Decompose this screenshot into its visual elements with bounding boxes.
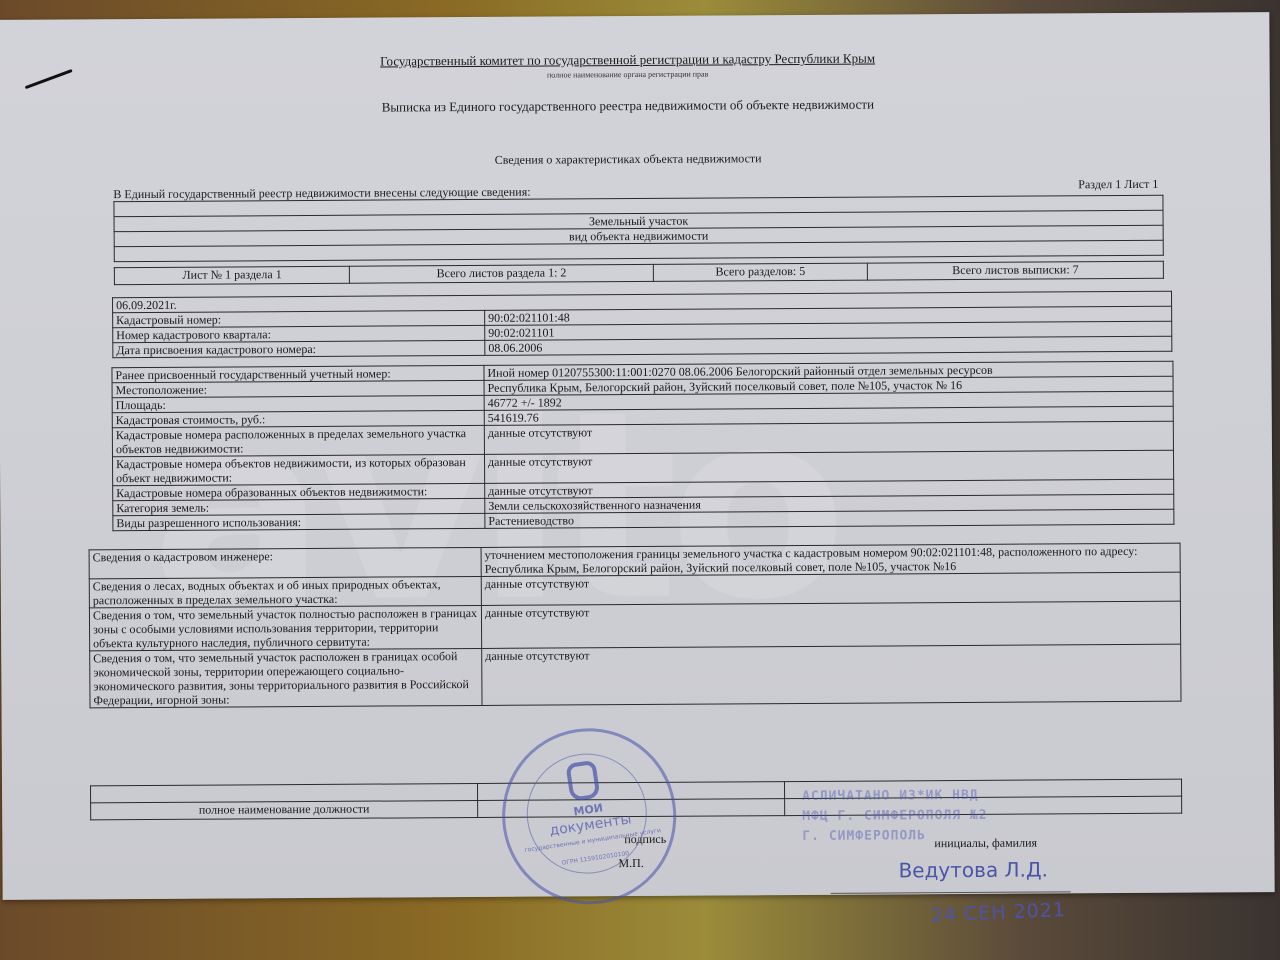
main-block-2: Ранее присвоенный государственный учетны… — [111, 361, 1174, 531]
mfc-logo-icon — [565, 760, 600, 802]
sheet-number: Лист № 1 раздела 1 — [114, 266, 350, 284]
main-block-3: Сведения о кадастровом инженере:уточнени… — [89, 543, 1182, 709]
section-title: Сведения о характеристиках объекта недви… — [298, 150, 958, 169]
date-stamp: 24 СЕН 2021 — [930, 899, 1066, 927]
field-label: Сведения о том, что земельный участок по… — [89, 605, 481, 650]
field-value: данные отсутствуют — [484, 450, 1173, 483]
table-row: Сведения о том, что земельный участок ра… — [90, 644, 1181, 708]
field-label: Сведения о лесах, водных объектах и об и… — [89, 576, 481, 607]
object-type-table: Земельный участок вид объекта недвижимос… — [113, 195, 1163, 262]
official-seal: МОИ документы государственные и муниципа… — [490, 717, 688, 916]
field-label: Сведения о кадастровом инженере: — [89, 547, 481, 578]
field-label: Виды разрешенного использования: — [113, 513, 485, 530]
extract-title: Выписка из Единого государственного реес… — [298, 96, 958, 116]
section-reference: Раздел 1 Лист 1 — [1078, 177, 1158, 192]
table-row: Сведения о том, что земельный участок по… — [89, 601, 1180, 651]
total-extract-sheets: Всего листов выписки: 7 — [868, 261, 1164, 280]
field-value: уточнением местоположения границы земель… — [481, 543, 1180, 576]
field-value: 08.06.2006 — [485, 336, 1172, 355]
document-page: avito Государственный комитет по государ… — [0, 12, 1275, 900]
signature-line — [831, 891, 1071, 893]
field-label: Дата присвоения кадастрового номера: — [113, 340, 485, 357]
field-label: Кадастровые номера объектов недвижимости… — [112, 454, 484, 485]
field-value: данные отсутствуют — [484, 421, 1173, 454]
organization-name: Государственный комитет по государственн… — [298, 50, 958, 70]
main-block-1: 06.09.2021г. Кадастровый номер:90:02:021… — [112, 291, 1172, 358]
position-caption: полное наименование должности — [91, 800, 478, 819]
signature-caption: подпись — [624, 832, 666, 847]
signer-name: Ведутова Л.Д. — [898, 857, 1048, 882]
field-label: Сведения о том, что земельный участок ра… — [90, 648, 482, 707]
field-value: данные отсутствуют — [481, 601, 1180, 648]
field-value: данные отсутствуют — [482, 644, 1181, 705]
seal-caption: М.П. — [618, 856, 643, 871]
initials-caption: инициалы, фамилия — [934, 836, 1037, 852]
pen-mark — [25, 69, 73, 89]
total-sections: Всего разделов: 5 — [653, 263, 867, 281]
organization-caption: полное наименование органа регистрации п… — [298, 68, 958, 81]
sheet-info-table: Лист № 1 раздела 1 Всего листов раздела … — [114, 261, 1164, 285]
field-value: данные отсутствуют — [481, 572, 1180, 605]
field-label: Кадастровые номера расположенных в преде… — [112, 425, 484, 456]
total-section-sheets: Всего листов раздела 1: 2 — [350, 264, 653, 283]
